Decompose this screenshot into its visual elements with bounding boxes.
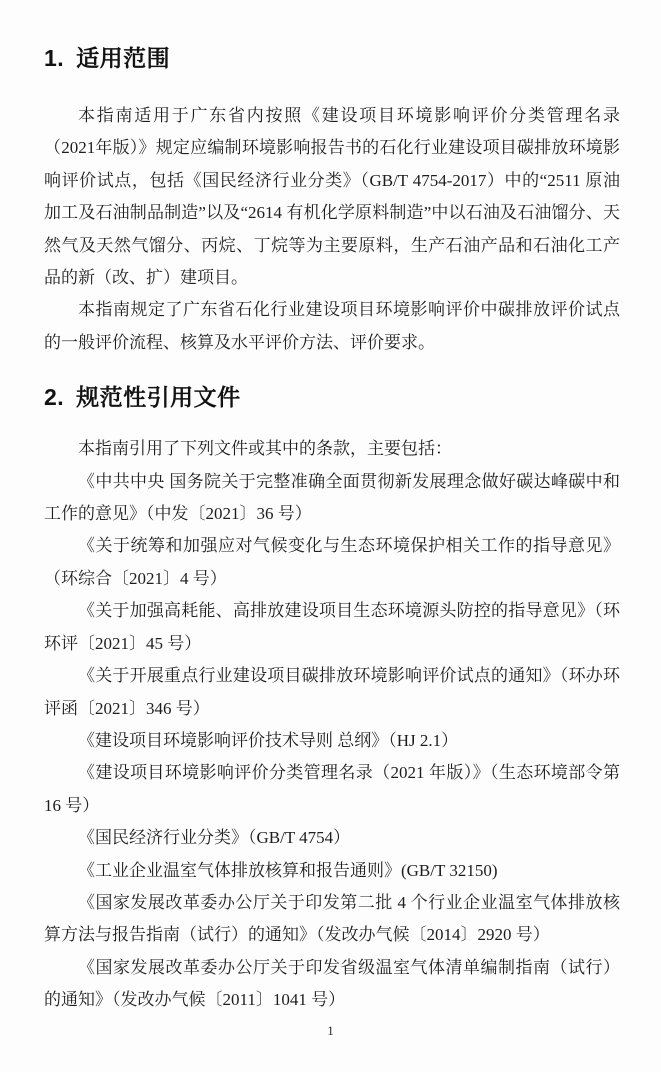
paragraph-references-intro: 本指南引用了下列文件或其中的条款，主要包括： — [44, 433, 620, 465]
reference-item: 《建设项目环境影响评价技术导则 总纲》（HJ 2.1） — [44, 725, 620, 757]
document-page: 1. 适用范围 本指南适用于广东省内按照《建设项目环境影响评价分类管理名录（20… — [0, 0, 661, 1072]
reference-item: 《建设项目环境影响评价分类管理名录（2021 年版）》（生态环境部令第 16 号… — [44, 757, 620, 822]
reference-item: 《关于统筹和加强应对气候变化与生态环境保护相关工作的指导意见》（环综合〔2021… — [44, 530, 620, 595]
paragraph-scope-1: 本指南适用于广东省内按照《建设项目环境影响评价分类管理名录（2021年版）》规定… — [44, 100, 620, 294]
section-1-heading: 1. 适用范围 — [44, 42, 620, 74]
reference-item: 《关于开展重点行业建设项目碳排放环境影响评价试点的通知》（环办环评函〔2021〕… — [44, 660, 620, 725]
reference-item: 《中共中央 国务院关于完整准确全面贯彻新发展理念做好碳达峰碳中和工作的意见》（中… — [44, 466, 620, 531]
reference-item: 《国家发展改革委办公厅关于印发省级温室气体清单编制指南（试行）的通知》（发改办气… — [44, 952, 620, 1017]
paragraph-scope-2: 本指南规定了广东省石化行业建设项目环境影响评价中碳排放评价试点的一般评价流程、核… — [44, 294, 620, 359]
page-number: 1 — [0, 1023, 661, 1039]
reference-item: 《关于加强高耗能、高排放建设项目生态环境源头防控的指导意见》（环环评〔2021〕… — [44, 595, 620, 660]
section-2-heading: 2. 规范性引用文件 — [44, 381, 620, 413]
reference-item: 《工业企业温室气体排放核算和报告通则》(GB/T 32150) — [44, 855, 620, 887]
reference-item: 《国家发展改革委办公厅关于印发第二批 4 个行业企业温室气体排放核算方法与报告指… — [44, 887, 620, 952]
reference-item: 《国民经济行业分类》（GB/T 4754） — [44, 822, 620, 854]
